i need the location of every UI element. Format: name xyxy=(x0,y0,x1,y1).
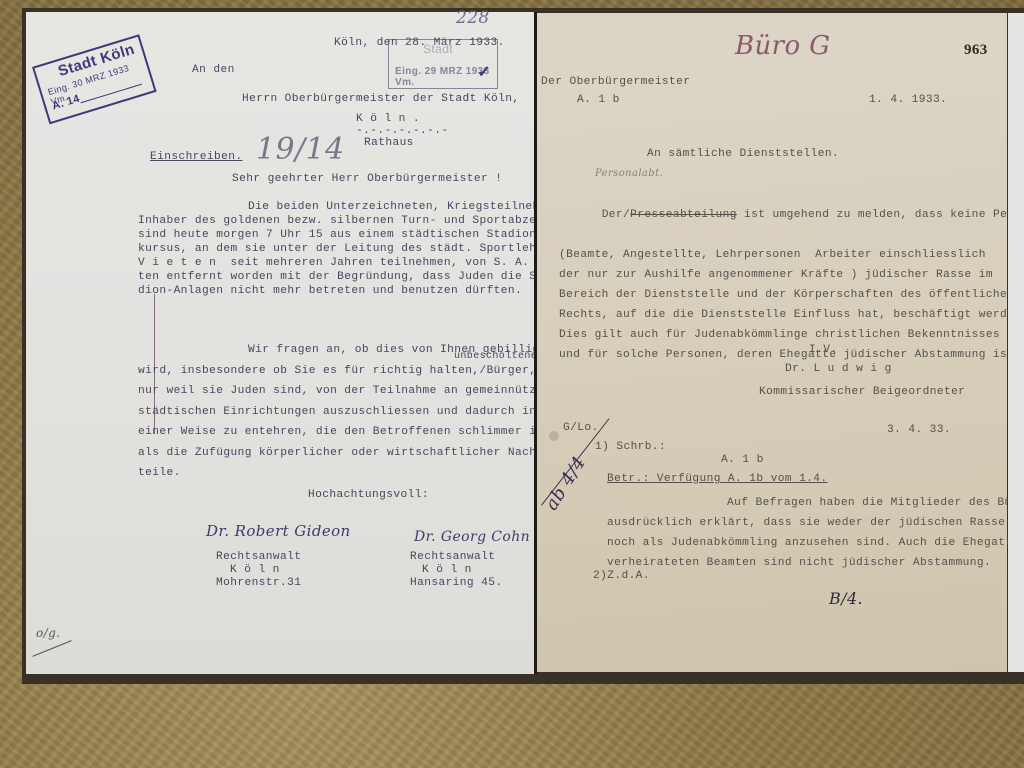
to-line: An den xyxy=(192,63,235,77)
body-line: sind heute morgen 7 Uhr 15 aus einem stä… xyxy=(138,228,579,242)
memo-page-right: Büro G 963 Der Oberbürgermeister A. 1 b … xyxy=(537,13,1007,672)
body-line: städtischen Einrichtungen auszuschliesse… xyxy=(138,402,565,423)
corner-initials: o/g. xyxy=(36,626,60,640)
letter-page-left: 228 Stadt Köln Eing. 30 MRZ 1933 Vm. A. … xyxy=(26,12,534,674)
body-line: Auf Befragen haben die Mitglieder des Bü… xyxy=(607,493,1024,513)
received-stamp-stadt-koeln: Stadt Köln Eing. 30 MRZ 1933 Vm. A. 14 xyxy=(32,34,157,124)
body-line: einer Weise zu entehren, die den Betroff… xyxy=(138,422,565,443)
body-line: teile. xyxy=(138,463,565,484)
body-line: Dies gilt auch für Judenabkömmlinge chri… xyxy=(559,325,1024,345)
letter-body-paragraph-1: Die beiden Unterzeichneten, Kriegsteilne… xyxy=(138,200,579,298)
addressee: An sämtliche Dienststellen. xyxy=(647,147,839,161)
handwritten-initials: B/4. xyxy=(829,589,863,608)
body-line: Rechts, auf die die Dienststelle Einflus… xyxy=(559,305,1024,325)
handwritten-correction: Personalabt. xyxy=(595,168,663,179)
reply-item-2: 2)Z.d.A. xyxy=(593,569,650,583)
handwritten-reference: 19/14 xyxy=(256,132,344,167)
iv-label: I.V. xyxy=(809,343,837,357)
recipient: Herrn Oberbürgermeister der Stadt Köln, xyxy=(242,92,519,106)
body-line: wird, insbesondere ob Sie es für richtig… xyxy=(138,361,565,382)
signatory-1-title: Rechtsanwalt xyxy=(216,550,301,564)
reply-ref: G/Lo. xyxy=(563,421,599,435)
body-line: ausdrücklich erklärt, dass sie weder der… xyxy=(607,513,1024,533)
reply-date: 3. 4. 33. xyxy=(887,423,951,437)
body-line: als die Zufügung körperlicher oder wirts… xyxy=(138,443,565,464)
registered-label: Einschreiben. xyxy=(150,150,242,164)
handwritten-page-number: 228 xyxy=(456,8,490,28)
body-line: (Beamte, Angestellte, Lehrpersonen Arbei… xyxy=(559,245,1024,265)
body-line: verheirateten Beamten sind nicht jüdisch… xyxy=(607,553,1024,573)
corner-pencil-stroke xyxy=(32,640,71,657)
body-line: kursus, an dem sie unter der Leitung des… xyxy=(138,242,579,256)
adjacent-page-edge xyxy=(1008,13,1024,672)
body-line: Die beiden Unterzeichneten, Kriegsteilne… xyxy=(138,200,579,214)
punch-hole-mark xyxy=(549,431,559,441)
body-line: Bereich der Dienststelle und der Körpers… xyxy=(559,285,1024,305)
salutation: Sehr geehrter Herr Oberbürgermeister ! xyxy=(232,172,502,186)
reply-subject: Betr.: Verfügung A. 1b vom 1.4. xyxy=(607,472,828,486)
place-date: Köln, den 28. März 1933. xyxy=(334,36,505,50)
signatory-2-address: Hansaring 45. xyxy=(410,576,502,590)
building: Rathaus xyxy=(364,136,414,150)
body-line: der nur zur Aushilfe angenommener Kräfte… xyxy=(559,265,1024,285)
body-line: noch als Judenabkömmling anzusehen sind.… xyxy=(607,533,1024,553)
checkmark-icon: ✓ xyxy=(477,62,491,82)
handwritten-header: Büro G xyxy=(735,31,830,61)
body-line: Inhaber des goldenen bezw. silbernen Tur… xyxy=(138,214,579,228)
page-number: 963 xyxy=(964,43,988,57)
closing: Hochachtungsvoll: xyxy=(308,488,429,502)
reply-body: Auf Befragen haben die Mitglieder des Bü… xyxy=(607,493,1024,573)
signatory-1-city: K ö l n xyxy=(230,563,280,577)
reply-item-1: 1) Schrb.: xyxy=(595,440,666,454)
signatory-1-address: Mohrenstr.31 xyxy=(216,576,301,590)
body-line: dion-Anlagen nicht mehr betreten und ben… xyxy=(138,284,579,298)
memo-body: Der/Presseabteilung ist umgehend zu meld… xyxy=(559,185,1024,365)
signature-2: Dr. Georg Cohn xyxy=(414,529,530,545)
body-line: Wir fragen an, ob dies von Ihnen gebilli… xyxy=(138,340,565,361)
memo-date: 1. 4. 1933. xyxy=(869,93,947,107)
sender: Der Oberbürgermeister xyxy=(541,75,690,89)
body-line: V i e t e n seit mehreren Jahren teilneh… xyxy=(138,256,579,270)
letter-body-paragraph-2: Wir fragen an, ob dies von Ihnen gebilli… xyxy=(138,340,565,484)
body-line: ist umgehend zu melden, dass keine Perso… xyxy=(744,209,1024,221)
signature-1: Dr. Robert Gideon xyxy=(206,522,351,540)
body-prefix: Der/ xyxy=(602,209,630,221)
body-line: ten entfernt worden mit der Begründung, … xyxy=(138,270,579,284)
body-line: nur weil sie Juden sind, von der Teilnah… xyxy=(138,381,565,402)
reply-recipient: A. 1 b xyxy=(721,453,764,467)
signatory-2-city: K ö l n xyxy=(422,563,472,577)
struck-word: Presseabteilung xyxy=(630,209,737,221)
signatory-2-title: Rechtsanwalt xyxy=(410,550,495,564)
signer-name: Dr. L u d w i g xyxy=(785,362,892,376)
signer-title: Kommissarischer Beigeordneter xyxy=(759,385,965,399)
department: A. 1 b xyxy=(577,93,620,107)
margin-handwritten-note: ab 4/4 xyxy=(541,453,590,514)
